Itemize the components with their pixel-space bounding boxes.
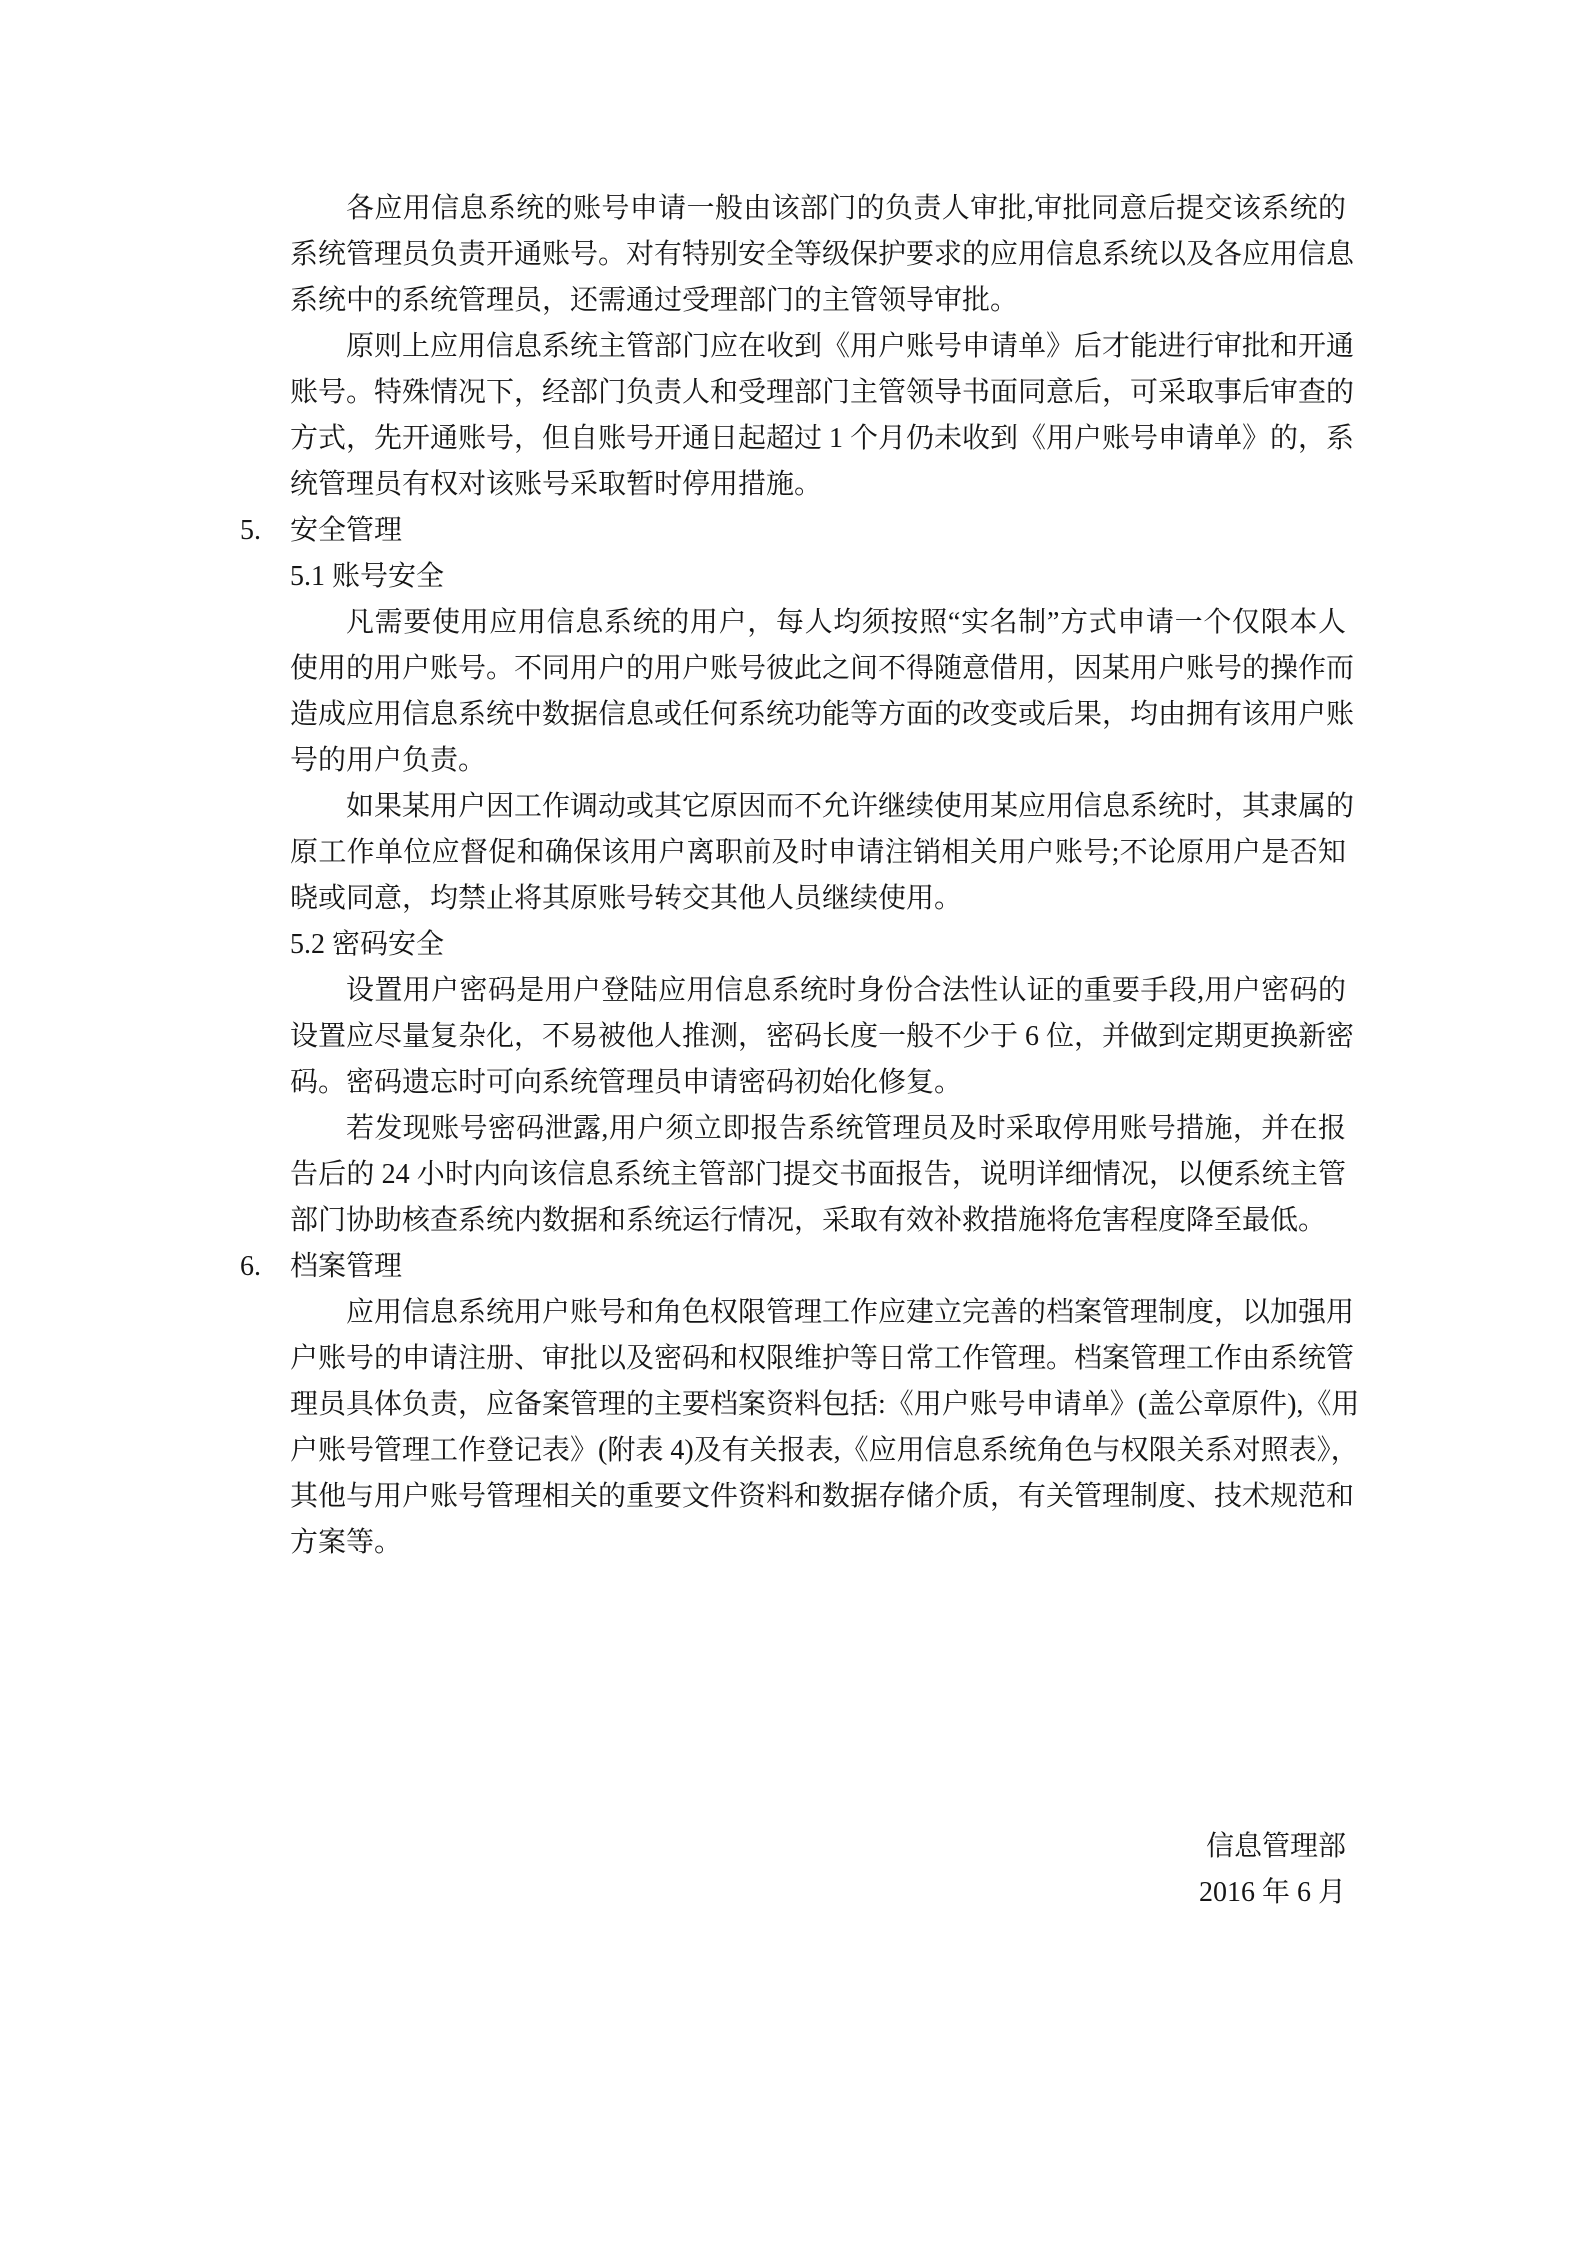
signature-block: 信息管理部 2016 年 6 月 <box>290 1824 1346 1916</box>
document-body: 各应用信息系统的账号申请一般由该部门的负责人审批,审批同意后提交该系统的 系统管… <box>290 186 1346 1566</box>
paragraph-line: 如果某用户因工作调动或其它原因而不允许继续使用某应用信息系统时，其隶属的 <box>290 784 1346 830</box>
paragraph-line: 应用信息系统用户账号和角色权限管理工作应建立完善的档案管理制度，以加强用 <box>290 1290 1346 1336</box>
paragraph-line: 告后的 24 小时内向该信息系统主管部门提交书面报告，说明详细情况，以便系统主管 <box>290 1152 1346 1198</box>
section-6-heading: 6. 档案管理 <box>290 1244 1346 1290</box>
section-6-number: 6. <box>240 1244 261 1290</box>
document-page: 各应用信息系统的账号申请一般由该部门的负责人审批,审批同意后提交该系统的 系统管… <box>0 0 1587 2245</box>
paragraph: 设置用户密码是用户登陆应用信息系统时身份合法性认证的重要手段,用户密码的 设置应… <box>290 968 1346 1106</box>
paragraph-line: 原则上应用信息系统主管部门应在收到《用户账号申请单》后才能进行审批和开通 <box>290 324 1346 370</box>
paragraph-line: 码。密码遗忘时可向系统管理员申请密码初始化修复。 <box>290 1060 1346 1106</box>
paragraph-line: 系统中的系统管理员，还需通过受理部门的主管领导审批。 <box>290 278 1346 324</box>
paragraph-line: 方式，先开通账号，但自账号开通日起超过 1 个月仍未收到《用户账号申请单》的，系 <box>290 416 1346 462</box>
section-5-number: 5. <box>240 508 261 554</box>
signature-department: 信息管理部 <box>290 1824 1346 1870</box>
paragraph-line: 户账号管理工作登记表》(附表 4)及有关报表,《应用信息系统角色与权限关系对照表… <box>290 1428 1346 1474</box>
paragraph: 原则上应用信息系统主管部门应在收到《用户账号申请单》后才能进行审批和开通 账号。… <box>290 324 1346 508</box>
subsection-5-2-heading: 5.2 密码安全 <box>290 922 1346 968</box>
paragraph-line: 方案等。 <box>290 1520 1346 1566</box>
paragraph-line: 原工作单位应督促和确保该用户离职前及时申请注销相关用户账号;不论原用户是否知 <box>290 830 1346 876</box>
paragraph-line: 各应用信息系统的账号申请一般由该部门的负责人审批,审批同意后提交该系统的 <box>290 186 1346 232</box>
section-6-title: 档案管理 <box>290 1251 402 1282</box>
paragraph-line: 户账号的申请注册、审批以及密码和权限维护等日常工作管理。档案管理工作由系统管 <box>290 1336 1346 1382</box>
paragraph-line: 若发现账号密码泄露,用户须立即报告系统管理员及时采取停用账号措施，并在报 <box>290 1106 1346 1152</box>
paragraph: 若发现账号密码泄露,用户须立即报告系统管理员及时采取停用账号措施，并在报 告后的… <box>290 1106 1346 1244</box>
paragraph-line: 其他与用户账号管理相关的重要文件资料和数据存储介质，有关管理制度、技术规范和 <box>290 1474 1346 1520</box>
paragraph-line: 账号。特殊情况下，经部门负责人和受理部门主管领导书面同意后，可采取事后审查的 <box>290 370 1346 416</box>
paragraph-line: 设置用户密码是用户登陆应用信息系统时身份合法性认证的重要手段,用户密码的 <box>290 968 1346 1014</box>
paragraph: 应用信息系统用户账号和角色权限管理工作应建立完善的档案管理制度，以加强用 户账号… <box>290 1290 1346 1566</box>
signature-date: 2016 年 6 月 <box>290 1870 1346 1916</box>
paragraph-line: 统管理员有权对该账号采取暂时停用措施。 <box>290 462 1346 508</box>
paragraph-line: 晓或同意，均禁止将其原账号转交其他人员继续使用。 <box>290 876 1346 922</box>
paragraph-line: 号的用户负责。 <box>290 738 1346 784</box>
section-5-title: 安全管理 <box>290 515 402 546</box>
paragraph-line: 理员具体负责，应备案管理的主要档案资料包括:《用户账号申请单》(盖公章原件),《… <box>290 1382 1346 1428</box>
paragraph: 如果某用户因工作调动或其它原因而不允许继续使用某应用信息系统时，其隶属的 原工作… <box>290 784 1346 922</box>
subsection-5-1-heading: 5.1 账号安全 <box>290 554 1346 600</box>
paragraph-line: 造成应用信息系统中数据信息或任何系统功能等方面的改变或后果，均由拥有该用户账 <box>290 692 1346 738</box>
paragraph-line: 系统管理员负责开通账号。对有特别安全等级保护要求的应用信息系统以及各应用信息 <box>290 232 1346 278</box>
paragraph: 各应用信息系统的账号申请一般由该部门的负责人审批,审批同意后提交该系统的 系统管… <box>290 186 1346 324</box>
section-5-heading: 5. 安全管理 <box>290 508 1346 554</box>
paragraph-line: 凡需要使用应用信息系统的用户，每人均须按照“实名制”方式申请一个仅限本人 <box>290 600 1346 646</box>
paragraph-line: 使用的用户账号。不同用户的用户账号彼此之间不得随意借用，因某用户账号的操作而 <box>290 646 1346 692</box>
paragraph: 凡需要使用应用信息系统的用户，每人均须按照“实名制”方式申请一个仅限本人 使用的… <box>290 600 1346 784</box>
paragraph-line: 部门协助核查系统内数据和系统运行情况，采取有效补救措施将危害程度降至最低。 <box>290 1198 1346 1244</box>
paragraph-line: 设置应尽量复杂化，不易被他人推测，密码长度一般不少于 6 位，并做到定期更换新密 <box>290 1014 1346 1060</box>
